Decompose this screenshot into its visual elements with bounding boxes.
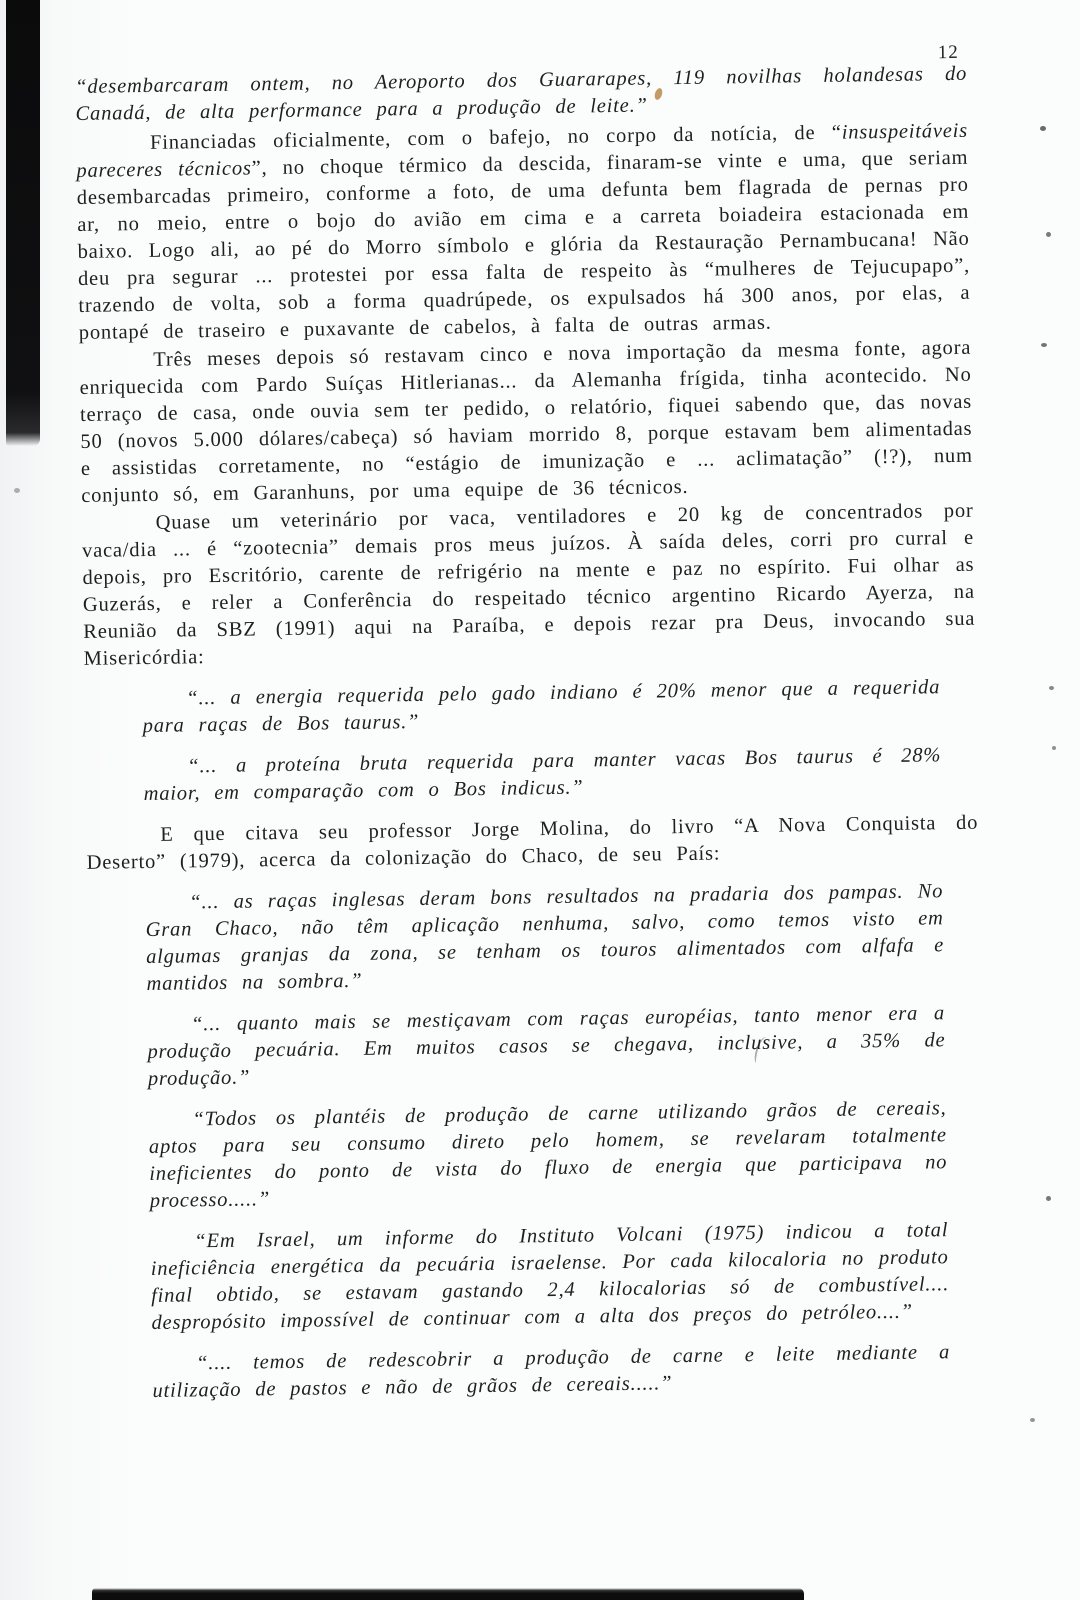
- text-segment: E que citava seu professor Jorge Molina,…: [87, 812, 979, 874]
- italic-text-segment: “.... temos de redescobrir a produção de…: [152, 1341, 950, 1402]
- italic-text-segment: “... a energia requerida pelo gado india…: [143, 676, 941, 737]
- quoted-excerpt: “... quanto mais se mestiçavam com raças…: [147, 1000, 946, 1093]
- quoted-excerpt: “... as raças inglesas deram bons result…: [145, 878, 945, 998]
- page-number: 12: [938, 39, 959, 66]
- italic-text-segment: “Em Israel, um informe do Instituto Volc…: [151, 1219, 950, 1334]
- quoted-excerpt: “.... temos de redescobrir a produção de…: [152, 1339, 951, 1405]
- italic-text-segment: “Todos os plantéis de produção de carne …: [149, 1097, 948, 1212]
- italic-text-segment: “... as raças inglesas deram bons result…: [146, 880, 945, 995]
- text-segment: Três meses depois só restavam cinco e no…: [79, 337, 972, 507]
- page-content: 12 “desembarcaram ontem, no Aeroporto do…: [75, 61, 987, 1420]
- scan-artifact-left-bar: [6, 0, 40, 446]
- body-paragraph: Três meses depois só restavam cinco e no…: [79, 335, 973, 510]
- body-paragraph: Financiadas oficialmente, com o bafejo, …: [76, 118, 971, 347]
- quoted-excerpt: “... a proteína bruta requerida para man…: [143, 742, 942, 808]
- scanned-document: { "page": { "number": "12", "colors": { …: [0, 0, 1080, 1600]
- scan-speck: [1046, 232, 1051, 237]
- italic-text-segment: “desembarcaram ontem, no Aeroporto dos G…: [75, 63, 967, 125]
- scan-speck: [1052, 746, 1056, 750]
- text-segment: Financiadas oficialmente, com o bafejo, …: [150, 122, 842, 154]
- italic-text-segment: “... quanto mais se mestiçavam com raças…: [147, 1002, 945, 1090]
- body-paragraph: Quase um veterinário por vaca, ventilado…: [81, 498, 975, 673]
- quoted-excerpt: “... a energia requerida pelo gado india…: [142, 674, 941, 740]
- scan-artifact-bottom-strip: [92, 1588, 804, 1600]
- text-segment: Quase um veterinário por vaca, ventilado…: [82, 500, 975, 670]
- scan-speck: [1046, 1196, 1051, 1201]
- quoted-excerpt: “Em Israel, um informe do Instituto Volc…: [150, 1217, 950, 1337]
- scan-speck: [1049, 686, 1054, 690]
- opening-quote-paragraph: “desembarcaram ontem, no Aeroporto dos G…: [75, 61, 968, 128]
- scan-speck: [14, 488, 20, 493]
- scan-speck: [1030, 1418, 1035, 1422]
- text-flow: “desembarcaram ontem, no Aeroporto dos G…: [75, 61, 987, 1406]
- italic-text-segment: “... a proteína bruta requerida para man…: [144, 744, 942, 805]
- scan-speck: [1040, 126, 1046, 131]
- body-paragraph: E que citava seu professor Jorge Molina,…: [86, 810, 979, 877]
- scanned-page: 12 “desembarcaram ontem, no Aeroporto do…: [0, 0, 1080, 1600]
- quoted-excerpt: “Todos os plantéis de produção de carne …: [148, 1095, 948, 1215]
- scan-speck: [1041, 343, 1047, 347]
